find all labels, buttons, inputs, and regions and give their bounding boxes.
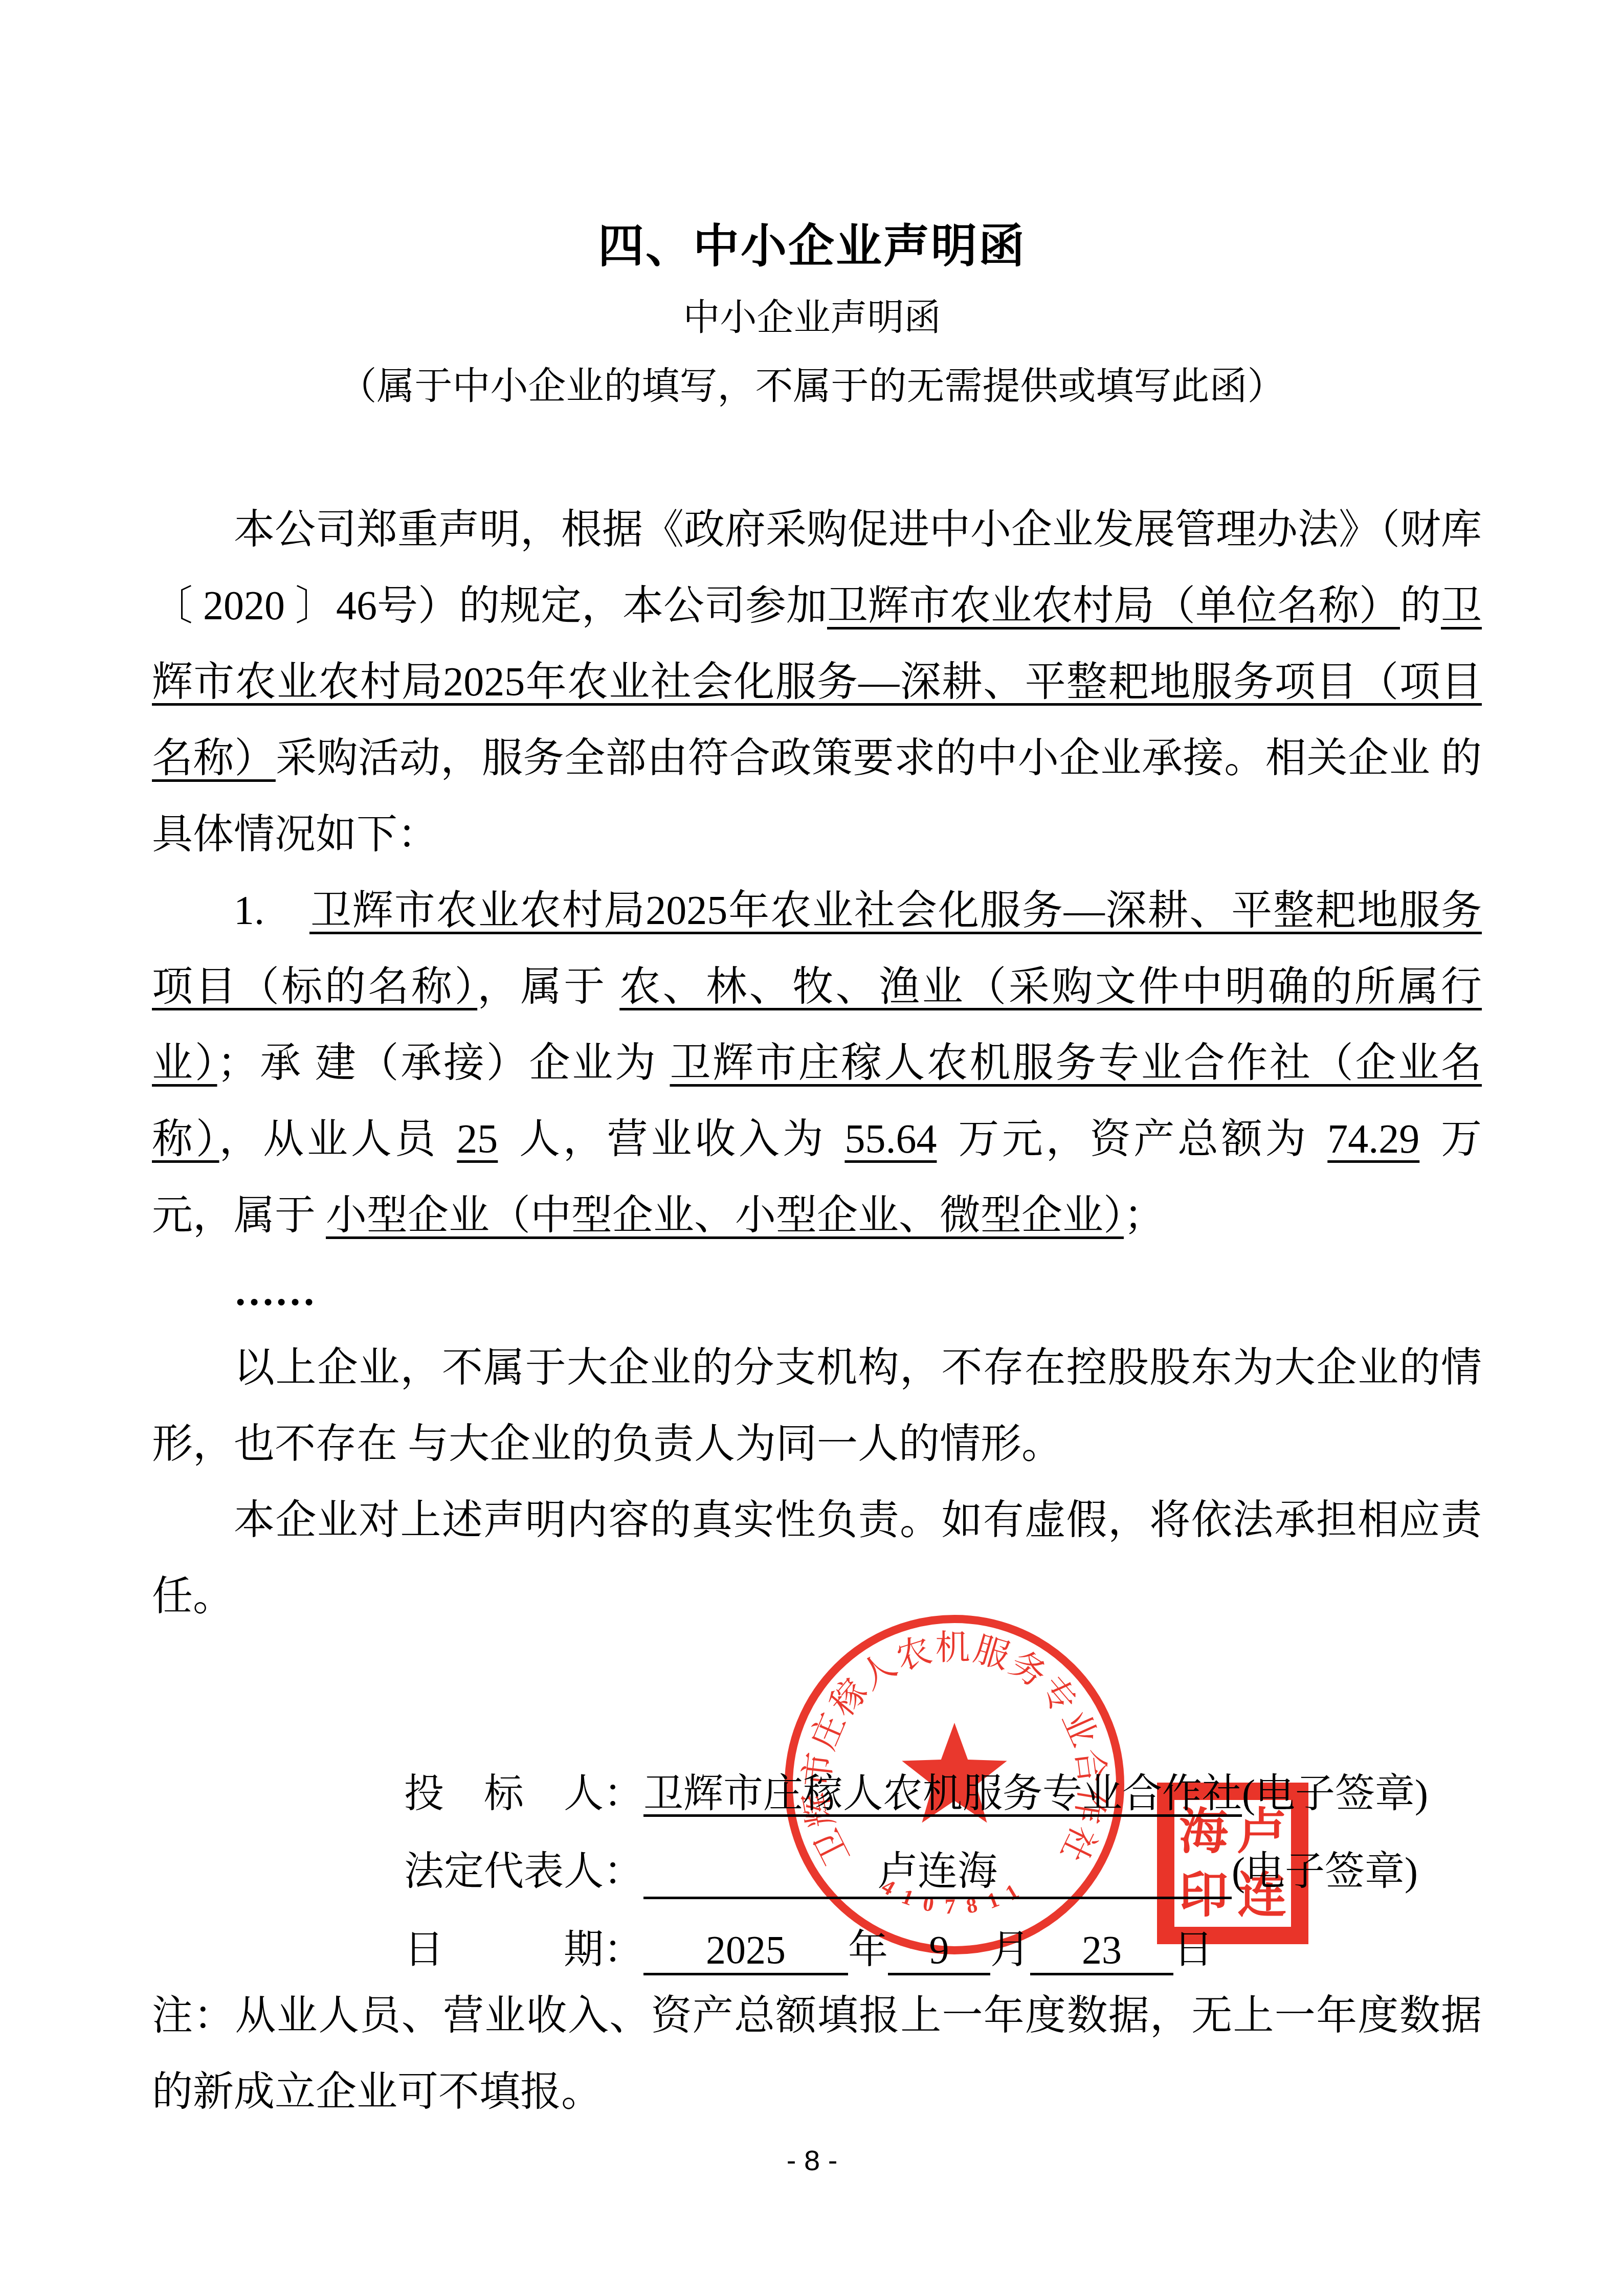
section-title: 四、中小企业声明函 xyxy=(0,209,1624,275)
underlined-revenue: 55.64 xyxy=(826,1117,955,1162)
seal-company-arc-text: 卫辉市庄稼人农机服务专业合作社 xyxy=(797,1628,1112,1871)
unit-year: 年 xyxy=(848,1927,888,1972)
document-page: 四、中小企业声明函 中小企业声明函 （属于中小企业的填写，不属于的无需提供或填写… xyxy=(0,0,1624,2296)
unit-month: 月 xyxy=(990,1927,1030,1972)
date-year: 2025 xyxy=(643,1927,848,1975)
date-month: 9 xyxy=(888,1927,990,1975)
form-note: （属于中小企业的填写，不属于的无需提供或填写此函） xyxy=(0,356,1624,410)
date-day: 23 xyxy=(1030,1927,1173,1975)
bidder-value: 卫辉市庄稼人农机服务专业合作社 xyxy=(643,1771,1242,1816)
footnote: 注：从业人员、营业收入、资产总额填报上一年度数据，无上一年度数据的新成立企业可不… xyxy=(152,1978,1482,2130)
legal-rep-row: 法定代表人：卢连海(电子签章) xyxy=(404,1839,1418,1899)
bidder-label: 投 标 人： xyxy=(404,1771,643,1816)
item-number: 1. xyxy=(234,888,264,933)
legal-rep-label: 法定代表人： xyxy=(404,1849,643,1894)
paragraph-no-affiliation: 以上企业，不属于大企业的分支机构，不存在控股股东为大企业的情形，也不存在 与大企… xyxy=(152,1330,1482,1482)
bidder-row: 投 标 人：卫辉市庄稼人农机服务专业合作社(电子签章) xyxy=(404,1762,1428,1819)
text-segment: ，属于 xyxy=(477,964,619,1009)
date-row: 日 期：2025年9月23日 xyxy=(404,1918,1213,1975)
underlined-assets: 74.29 xyxy=(1309,1117,1438,1162)
paragraph-responsibility: 本企业对上述声明内容的真实性负责。如有虚假，将依法承担相应责任。 xyxy=(152,1482,1482,1635)
form-title: 中小企业声明函 xyxy=(0,287,1624,341)
page-number: - 8 - xyxy=(0,2144,1624,2177)
text-segment: ； xyxy=(1124,1193,1165,1238)
text-segment: 万元，资产总额为 xyxy=(955,1117,1309,1162)
legal-rep-value: 卢连海 xyxy=(643,1839,1232,1899)
text-segment: ；承 建（承接）企业为 xyxy=(217,1041,670,1086)
date-label: 日 期： xyxy=(404,1927,643,1972)
text-segment: ，从业人员 xyxy=(219,1117,439,1162)
unit-day: 日 xyxy=(1173,1927,1213,1972)
text-segment: 人，营业收入为 xyxy=(516,1117,826,1162)
underlined-enterprise-type: 小型企业（中型企业、小型企业、微型企业） xyxy=(326,1193,1124,1238)
legal-rep-esign-suffix: (电子签章) xyxy=(1232,1849,1418,1894)
text-segment: 的 xyxy=(1400,583,1441,628)
ellipsis-line: …… xyxy=(152,1254,1482,1330)
underlined-employee-count: 25 xyxy=(438,1117,516,1162)
bidder-esign-suffix: (电子签章) xyxy=(1242,1771,1428,1816)
paragraph-item1: 1.卫辉市农业农村局2025年农业社会化服务—深耕、平整耙地服务项目（标的名称）… xyxy=(152,873,1482,1254)
underlined-unit-name: 卫辉市农业农村局（单位名称） xyxy=(827,583,1400,628)
paragraph-declaration: 本公司郑重声明，根据《政府采购促进中小企业发展管理办法》（财库〔 2020 〕4… xyxy=(152,492,1482,873)
text-segment: 采购活动，服务全部由符合政策要求的中小企业承接。相关企业 的具体情况如下： xyxy=(152,736,1482,857)
declaration-body: 本公司郑重声明，根据《政府采购促进中小企业发展管理办法》（财库〔 2020 〕4… xyxy=(152,492,1482,1635)
